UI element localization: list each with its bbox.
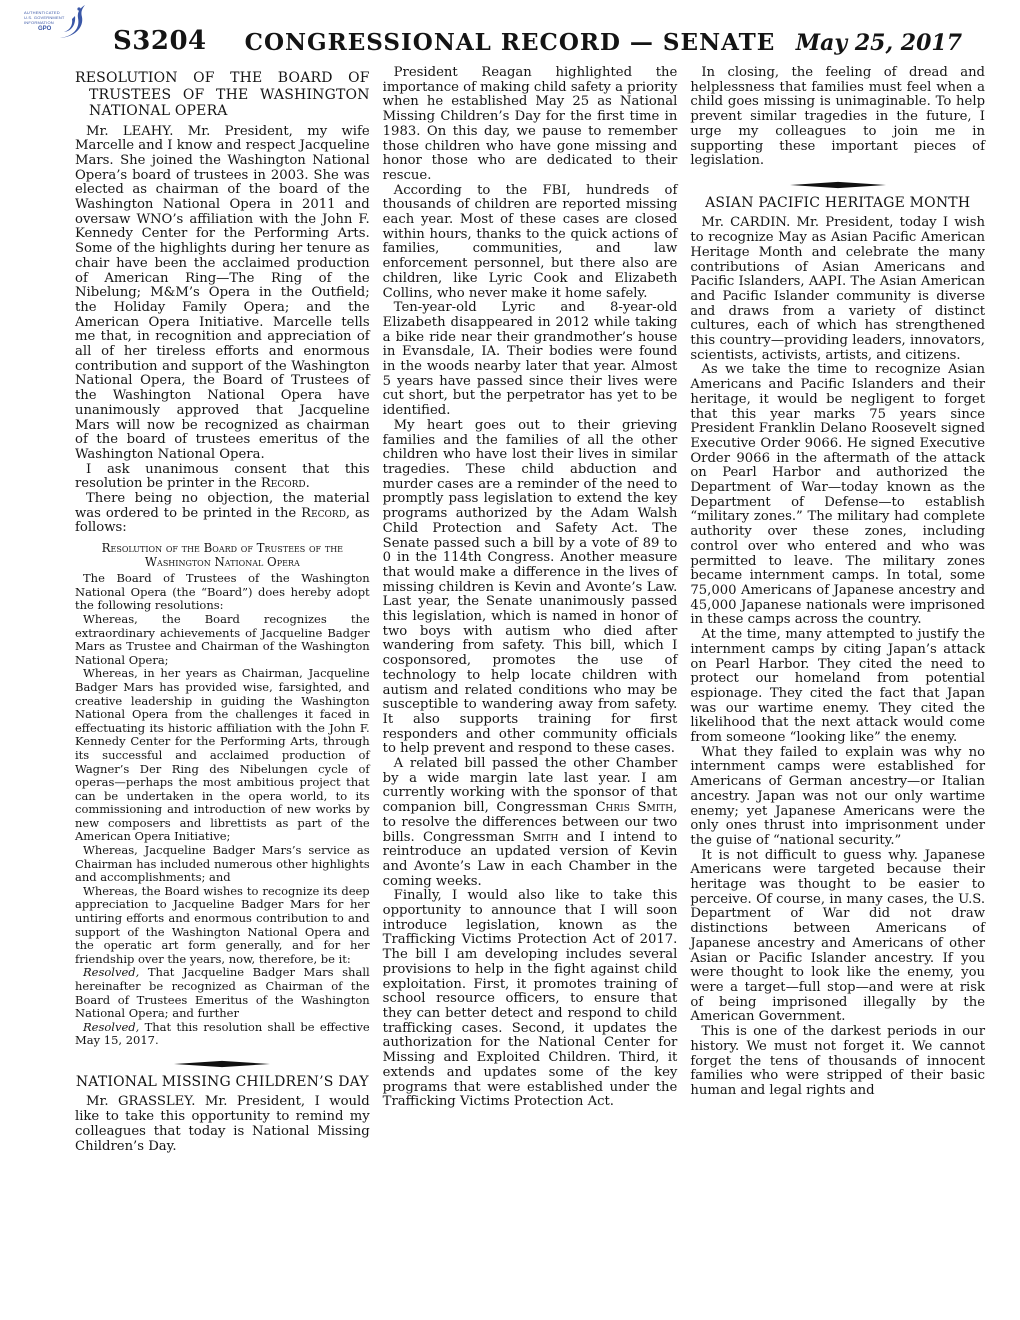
paragraph: Resolved, That Jacqueline Badger Mars sh…	[75, 966, 370, 1020]
section-divider-rule	[690, 181, 985, 189]
text-segment: Record	[301, 506, 346, 521]
paragraph: This is one of the darkest periods in ou…	[690, 1025, 985, 1099]
text-segment: Resolved,	[83, 1020, 139, 1034]
issue-date: May 25, 2017	[796, 30, 962, 56]
paragraph: In closing, the feeling of dread and hel…	[690, 66, 985, 169]
text-segment: .	[306, 476, 310, 491]
paragraph: Whereas, the Board wishes to recognize i…	[75, 885, 370, 967]
text-segment: Resolved,	[83, 965, 139, 979]
swelled-rule-icon	[174, 1060, 270, 1068]
text-segment: Mr. LEAHY. Mr. President, my wife Marcel…	[75, 124, 370, 462]
text-segment: This is one of the darkest periods in ou…	[690, 1024, 985, 1098]
column-3: In closing, the feeling of dread and hel…	[690, 66, 985, 1099]
section-heading: RESOLUTION OF THE BOARD OF TRUSTEES OF T…	[75, 70, 370, 120]
paragraph: Mr. CARDIN. Mr. President, today I wish …	[690, 216, 985, 363]
paragraph: Whereas, Jacqueline Badger Mars’s servic…	[75, 844, 370, 885]
paragraph: Whereas, the Board recognizes the extrao…	[75, 613, 370, 667]
text-segment: Mr. GRASSLEY. Mr. President, I would lik…	[75, 1094, 370, 1153]
paragraph: There being no objection, the material w…	[75, 492, 370, 536]
text-segment: Whereas, Jacqueline Badger Mars’s servic…	[75, 843, 370, 884]
paragraph: Whereas, in her years as Chairman, Jacqu…	[75, 667, 370, 844]
text-segment: President Reagan highlighted the importa…	[383, 65, 678, 183]
paragraph: Finally, I would also like to take this …	[383, 889, 678, 1110]
paragraph: Resolved, That this resolution shall be …	[75, 1021, 370, 1048]
text-segment: Record	[261, 476, 306, 491]
text-segment: Mr. CARDIN. Mr. President, today I wish …	[690, 215, 985, 362]
text-segment: Whereas, the Board recognizes the extrao…	[75, 612, 370, 667]
section-heading: NATIONAL MISSING CHILDREN’S DAY	[75, 1074, 370, 1091]
text-segment: Whereas, in her years as Chairman, Jacqu…	[75, 666, 370, 843]
text-segment: In closing, the feeling of dread and hel…	[690, 65, 985, 168]
paragraph: I ask unanimous consent that this resolu…	[75, 463, 370, 492]
section-heading: ASIAN PACIFIC HERITAGE MONTH	[690, 195, 985, 212]
text-segment: Smith	[523, 830, 559, 845]
paragraph: Ten-year-old Lyric and 8-year-old Elizab…	[383, 301, 678, 419]
masthead: AUTHENTICATED U.S. GOVERNMENT INFORMATIO…	[0, 0, 1020, 58]
text-segment: As we take the time to recognize Asian A…	[690, 362, 985, 627]
text-segment: It is not difficult to guess why. Japane…	[690, 848, 985, 1025]
text-segment: At the time, many attempted to justify t…	[690, 627, 985, 745]
column-2: President Reagan highlighted the importa…	[383, 66, 678, 1110]
text-segment: ASIAN PACIFIC HERITAGE MONTH	[705, 195, 970, 211]
paragraph: It is not difficult to guess why. Japane…	[690, 849, 985, 1025]
section-heading: Resolution of the Board of Trustees of t…	[81, 541, 364, 569]
text-segment: Whereas, the Board wishes to recognize i…	[75, 884, 370, 966]
text-segment: Finally, I would also like to take this …	[383, 888, 678, 1109]
paragraph: At the time, many attempted to justify t…	[690, 628, 985, 746]
paragraph: President Reagan highlighted the importa…	[383, 66, 678, 184]
paragraph: According to the FBI, hundreds of thousa…	[383, 184, 678, 302]
text-segment: The Board of Trustees of the Washington …	[75, 571, 370, 612]
text-segment: Resolution of the Board of Trustees of t…	[102, 541, 343, 569]
paragraph: Mr. LEAHY. Mr. President, my wife Marcel…	[75, 125, 370, 463]
text-segment: According to the FBI, hundreds of thousa…	[383, 183, 678, 301]
paragraph: Mr. GRASSLEY. Mr. President, I would lik…	[75, 1095, 370, 1154]
paragraph: A related bill passed the other Chamber …	[383, 757, 678, 889]
text-segment: Chris Smith	[595, 800, 673, 815]
section-divider-rule	[75, 1060, 370, 1068]
paragraph: As we take the time to recognize Asian A…	[690, 363, 985, 628]
text-segment: I ask unanimous consent that this resolu…	[75, 462, 370, 492]
paragraph: My heart goes out to their grieving fami…	[383, 419, 678, 757]
text-segment: RESOLUTION OF THE BOARD OF TRUSTEES OF T…	[75, 70, 370, 119]
column-1: RESOLUTION OF THE BOARD OF TRUSTEES OF T…	[75, 66, 370, 1154]
text-segment: NATIONAL MISSING CHILDREN’S DAY	[76, 1074, 369, 1090]
text-segment: My heart goes out to their grieving fami…	[383, 418, 678, 756]
swelled-rule-icon	[790, 181, 886, 189]
paragraph: What they failed to explain was why no i…	[690, 746, 985, 849]
text-segment: Ten-year-old Lyric and 8-year-old Elizab…	[383, 300, 678, 418]
page-columns: RESOLUTION OF THE BOARD OF TRUSTEES OF T…	[75, 66, 985, 1154]
text-segment: What they failed to explain was why no i…	[690, 745, 985, 848]
paragraph: The Board of Trustees of the Washington …	[75, 572, 370, 613]
